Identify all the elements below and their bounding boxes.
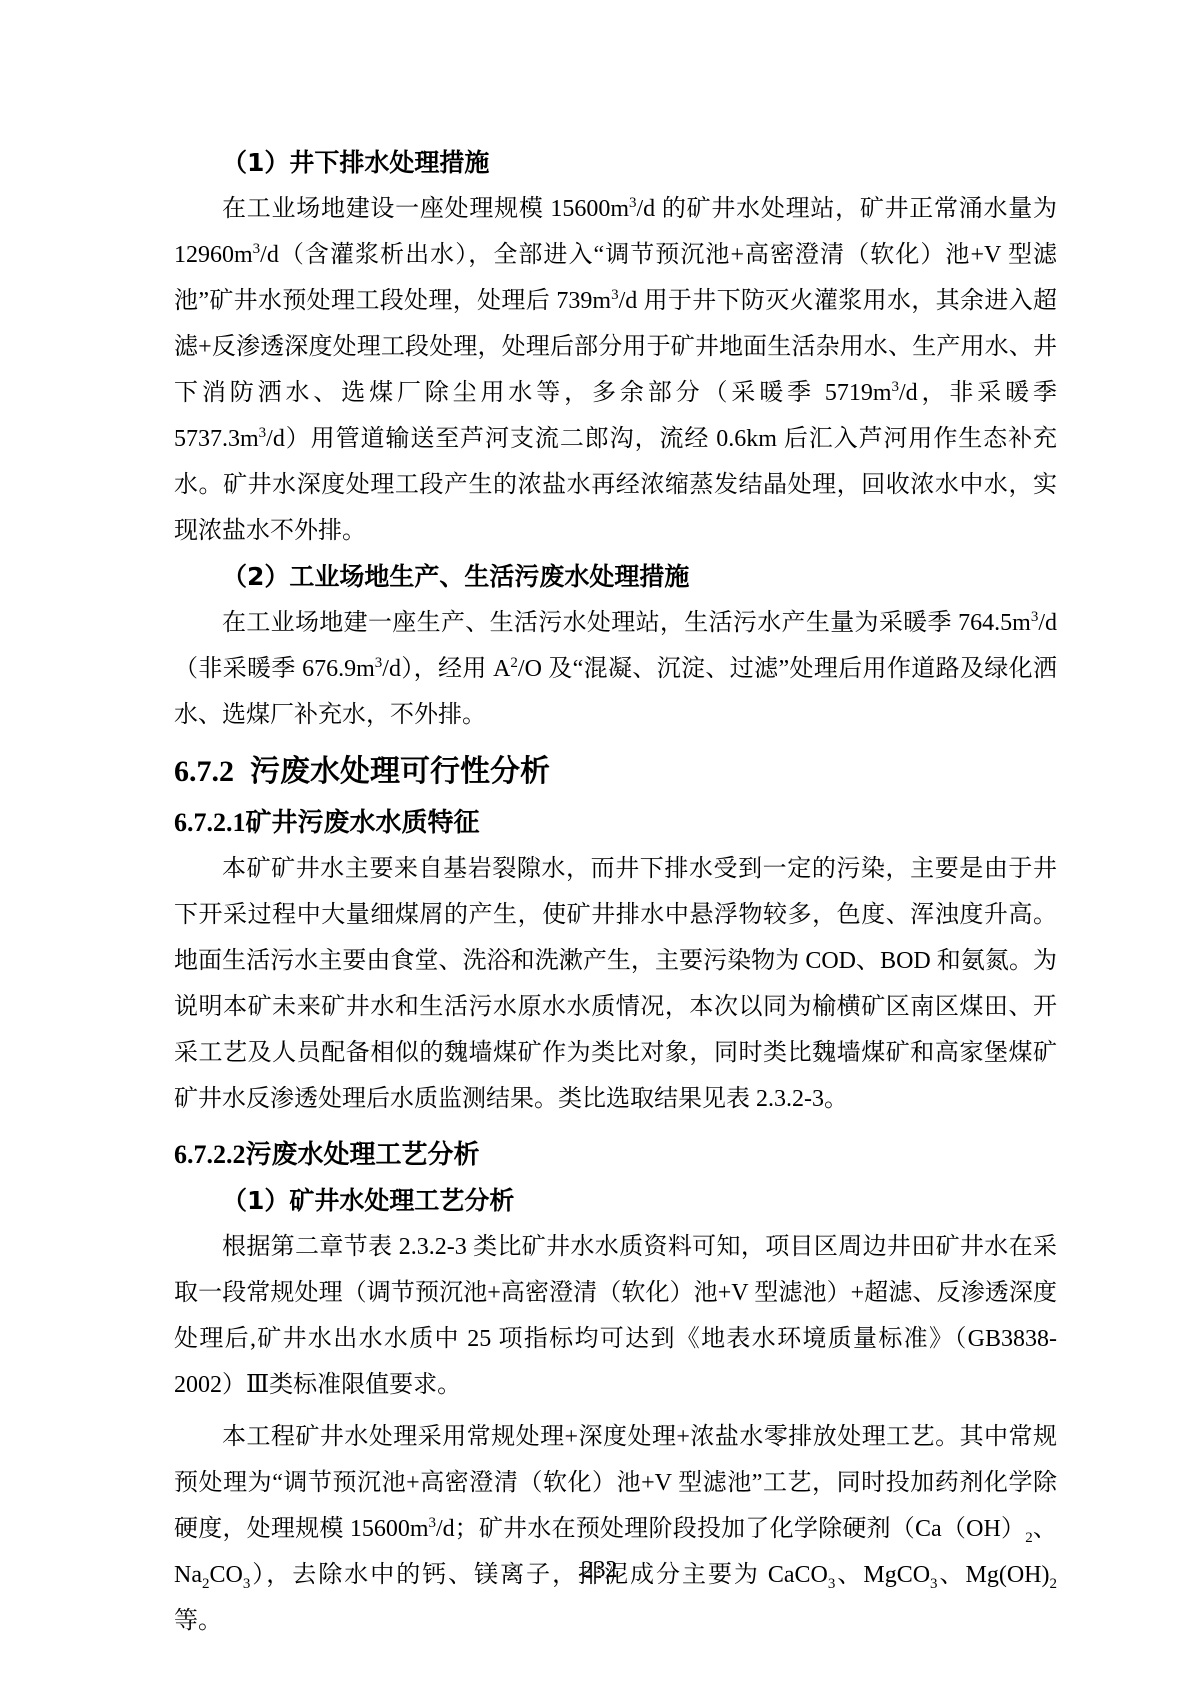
paragraph-domestic-sewage-station: 在工业场地建一座生产、生活污水处理站，生活污水产生量为采暖季 764.5m3/d… bbox=[174, 600, 1057, 738]
document-page: （1）井下排水处理措施在工业场地建设一座处理规模 15600m3/d 的矿井水处… bbox=[0, 0, 1199, 1696]
paragraph-mine-water-station: 在工业场地建设一座处理规模 15600m3/d 的矿井水处理站，矿井正常涌水量为… bbox=[174, 186, 1057, 554]
heading-6-7-2-feasibility-analysis: 6.7.2污废水处理可行性分析 bbox=[174, 744, 1057, 800]
document-body: （1）井下排水处理措施在工业场地建设一座处理规模 15600m3/d 的矿井水处… bbox=[174, 140, 1057, 1644]
page-number: 232 bbox=[582, 1557, 618, 1583]
page-footer: 232 bbox=[0, 1553, 1199, 1587]
heading-6-7-2-1-water-quality-characteristics: 6.7.2.1矿井污废水水质特征 bbox=[174, 800, 1057, 846]
heading-mine-water-process-analysis: （1）矿井水处理工艺分析 bbox=[174, 1178, 1057, 1224]
paragraph-treatment-process-detail: 本工程矿井水处理采用常规处理+深度处理+浓盐水零排放处理工艺。其中常规预处理为“… bbox=[174, 1414, 1057, 1644]
heading-6-7-2-2-treatment-process-analysis: 6.7.2.2污废水处理工艺分析 bbox=[174, 1132, 1057, 1178]
heading-underground-drainage-measures: （1）井下排水处理措施 bbox=[174, 140, 1057, 186]
paragraph-mine-water-quality-standard: 根据第二章节表 2.3.2-3 类比矿井水水质资料可知，项目区周边井田矿井水在采… bbox=[174, 1224, 1057, 1408]
paragraph-water-quality-analogy: 本矿矿井水主要来自基岩裂隙水，而井下排水受到一定的污染，主要是由于井下开采过程中… bbox=[174, 846, 1057, 1122]
heading-industrial-site-wastewater-measures: （2）工业场地生产、生活污废水处理措施 bbox=[174, 554, 1057, 600]
